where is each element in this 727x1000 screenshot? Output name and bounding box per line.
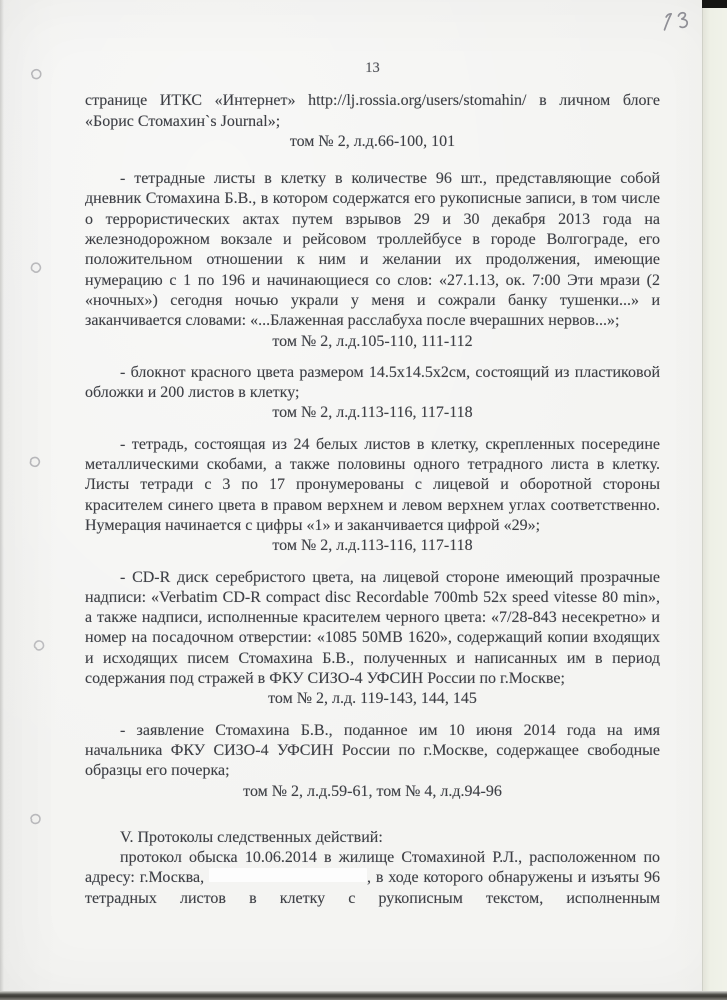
volume-reference: том № 2, л.д. 119-143, 144, 145 — [85, 689, 660, 709]
section-v-protocols: V. Протоколы следственных действий: прот… — [85, 828, 660, 909]
scan-right-edge-strip — [702, 0, 727, 1000]
redacted-address — [209, 868, 367, 882]
evidence-item-statement: - заявление Стомахина Б.В., поданное им … — [85, 721, 660, 802]
evidence-item-text: - тетрадь, состоящая из 24 белых листов … — [85, 435, 660, 536]
volume-reference: том № 2, л.д.113-116, 117-118 — [85, 536, 660, 556]
evidence-item-text: - CD-R диск серебристого цвета, на лицев… — [85, 568, 660, 690]
evidence-item-text: - тетрадные листы в клетку в количестве … — [85, 169, 660, 331]
evidence-item-cdr-disc: - CD-R диск серебристого цвета, на лицев… — [85, 568, 660, 710]
volume-reference: том № 2, л.д.66-100, 101 — [85, 132, 660, 152]
volume-reference: том № 2, л.д.113-116, 117-118 — [85, 403, 660, 423]
scanned-document-page: 13 странице ИТКС «Интернет» http://lj.ro… — [0, 0, 727, 1000]
scan-corner-black-mark — [702, 0, 727, 8]
evidence-item-exercise-book: - тетрадь, состоящая из 24 белых листов … — [85, 435, 660, 557]
evidence-item-red-notepad: - блокнот красного цвета размером 14.5х1… — [85, 363, 660, 424]
page-number: 13 — [85, 58, 660, 78]
volume-reference: том № 2, л.д.105-110, 111-112 — [85, 332, 660, 352]
punch-mark — [26, 257, 49, 279]
handwritten-page-number — [654, 7, 696, 43]
pencil-numeral-13-icon — [654, 7, 695, 38]
volume-reference: том № 2, л.д.59-61, том № 4, л.д.94-96 — [85, 782, 660, 802]
evidence-item-notebook-sheets: - тетрадные листы в клетку в количестве … — [85, 169, 660, 352]
document-text-column: 13 странице ИТКС «Интернет» http://lj.ro… — [85, 0, 660, 909]
section-v-heading: V. Протоколы следственных действий: — [85, 828, 660, 848]
search-protocol-paragraph: протокол обыска 10.06.2014 в жилище Стом… — [85, 848, 660, 909]
evidence-item-text: - блокнот красного цвета размером 14.5х1… — [85, 363, 660, 404]
punch-mark — [25, 809, 48, 831]
evidence-item-text: - заявление Стомахина Б.В., поданное им … — [85, 721, 660, 782]
punch-mark — [27, 66, 48, 85]
scan-left-edge-shadow — [0, 0, 4, 1000]
intro-paragraph: странице ИТКС «Интернет» http://lj.rossi… — [85, 91, 660, 132]
scan-bottom-edge-strip — [0, 991, 727, 1000]
punch-mark — [23, 451, 47, 475]
punch-mark — [30, 637, 51, 656]
